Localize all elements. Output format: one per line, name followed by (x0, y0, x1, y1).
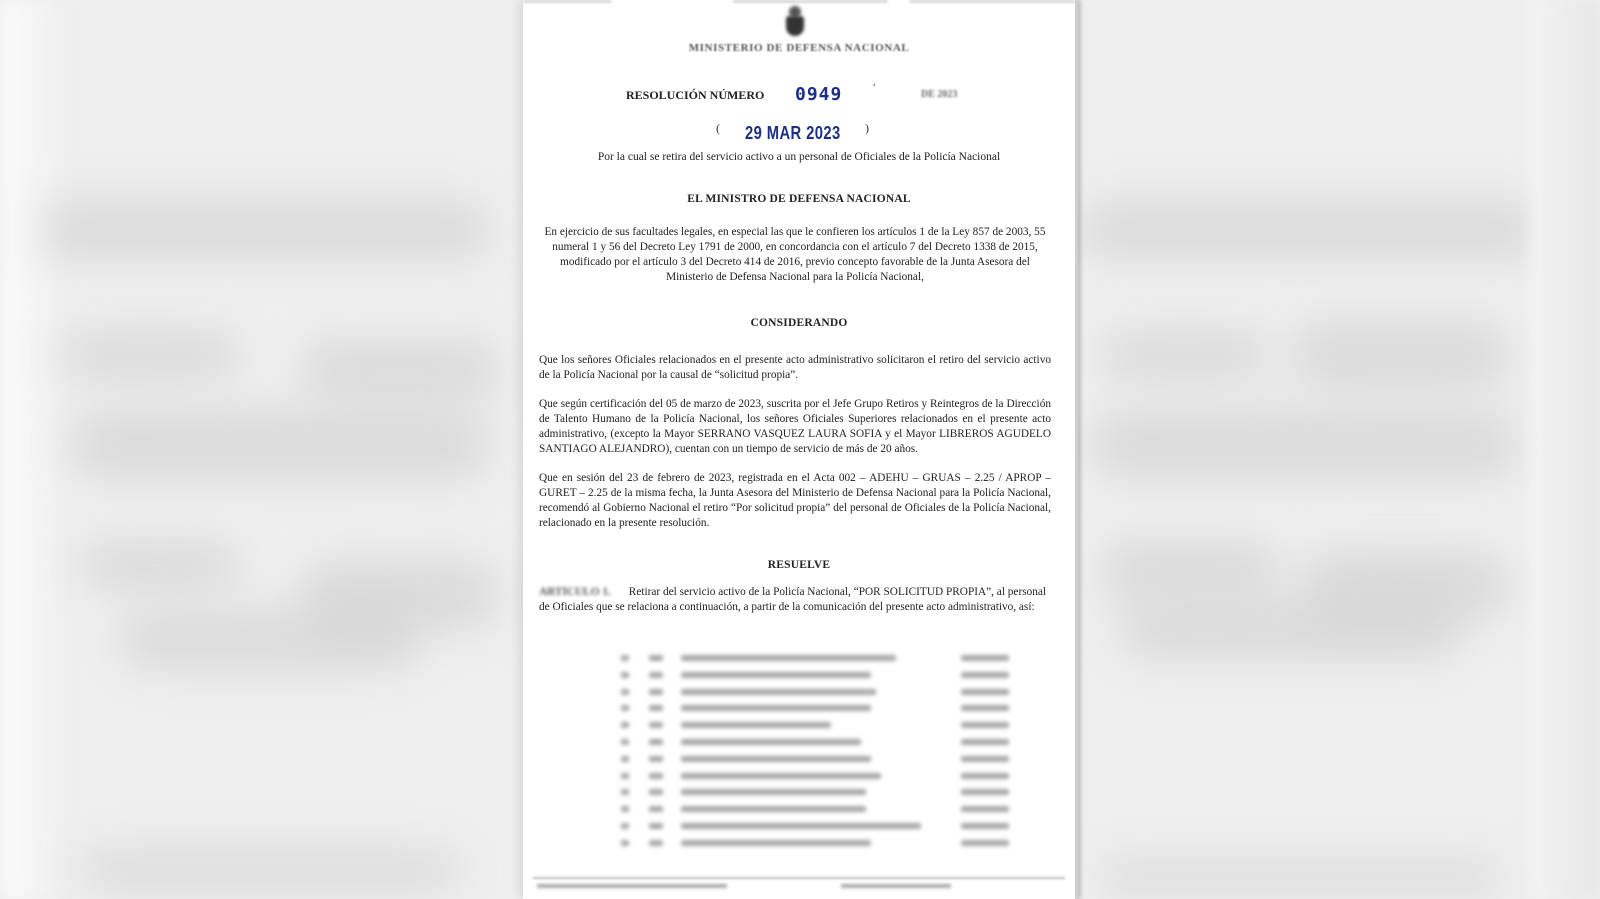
date-stamp: 29 MAR 2023 (745, 123, 841, 144)
row-id-redacted (961, 655, 1009, 661)
row-number (621, 655, 629, 661)
resolution-subject: Por la cual se retira del servicio activ… (523, 151, 1075, 163)
officer-list-row (619, 650, 1009, 667)
footer-text-left (537, 884, 727, 888)
page-top-edge (523, 0, 1075, 3)
row-name-redacted (681, 789, 866, 795)
officer-list-row (619, 768, 1009, 785)
resolution-number-stamp: 0949 (795, 84, 842, 105)
row-number (621, 806, 629, 812)
paren-close: ) (865, 121, 869, 136)
background-blur-block (80, 540, 240, 590)
resolution-number-row: RESOLUCIÓN NÚMERO 0949 ‘ DE 2023 (523, 88, 1075, 110)
row-rank (649, 823, 663, 829)
article-1: ARTÍCULO 1.Retirar del servicio activo d… (539, 585, 1051, 615)
row-id-redacted (961, 789, 1009, 795)
officer-list-row (619, 835, 1009, 852)
row-number (621, 773, 629, 779)
row-name-redacted (681, 705, 871, 711)
row-id-redacted (961, 722, 1009, 728)
page-footer (523, 871, 1075, 899)
row-id-redacted (961, 756, 1009, 762)
row-id-redacted (961, 823, 1009, 829)
footer-text-right (841, 884, 951, 888)
background-blur-block (1080, 200, 1540, 260)
background-blur-block (1100, 860, 1500, 895)
row-rank (649, 672, 663, 678)
row-number (621, 739, 629, 745)
ministry-header: MINISTERIO DE DEFENSA NACIONAL (523, 42, 1075, 54)
resolution-page: MINISTERIO DE DEFENSA NACIONAL RESOLUCIÓ… (523, 0, 1078, 899)
shield-icon (786, 16, 804, 36)
row-name-redacted (681, 840, 871, 846)
background-blur-block (80, 850, 460, 890)
background-blur-block (120, 610, 420, 670)
row-number (621, 823, 629, 829)
row-rank (649, 689, 663, 695)
resolution-label: RESOLUCIÓN NÚMERO (626, 88, 764, 103)
row-name-redacted (681, 689, 876, 695)
background-blur-block (1120, 600, 1460, 660)
background-blur-block (60, 330, 240, 380)
row-id-redacted (961, 672, 1009, 678)
row-id-redacted (961, 773, 1009, 779)
row-rank (649, 789, 663, 795)
officer-list-row (619, 667, 1009, 684)
authority-paragraph: En ejercicio de sus facultades legales, … (539, 225, 1051, 285)
resolution-date-row: ( 29 MAR 2023 ) (523, 121, 1075, 147)
row-name-redacted (681, 672, 871, 678)
row-rank (649, 739, 663, 745)
row-name-redacted (681, 722, 831, 728)
officer-list-row (619, 734, 1009, 751)
row-number (621, 756, 629, 762)
article-1-label: ARTÍCULO 1. (539, 586, 611, 598)
row-number (621, 705, 629, 711)
row-rank (649, 655, 663, 661)
resolution-year: DE 2023 (921, 89, 957, 100)
row-name-redacted (681, 773, 881, 779)
background-blur-block (1100, 540, 1280, 600)
background-blur-block (40, 200, 490, 260)
officer-list-row (619, 801, 1009, 818)
resolves-heading: RESUELVE (523, 559, 1075, 571)
officer-list (619, 650, 1009, 852)
article-1-text: Retirar del servicio activo de la Policí… (539, 586, 1046, 613)
officer-list-row (619, 684, 1009, 701)
row-id-redacted (961, 689, 1009, 695)
coat-of-arms-icon (780, 4, 810, 42)
officer-list-row (619, 818, 1009, 835)
background-blur-block (70, 410, 490, 480)
background-edge-left (0, 0, 60, 899)
authority-heading: EL MINISTRO DE DEFENSA NACIONAL (523, 193, 1075, 205)
row-id-redacted (961, 739, 1009, 745)
officer-list-row (619, 784, 1009, 801)
officer-list-row (619, 700, 1009, 717)
row-rank (649, 756, 663, 762)
row-name-redacted (681, 655, 896, 661)
row-number (621, 689, 629, 695)
paren-open: ( (716, 121, 720, 136)
officer-list-row (619, 717, 1009, 734)
row-rank (649, 806, 663, 812)
officer-list-row (619, 751, 1009, 768)
row-rank (649, 705, 663, 711)
row-name-redacted (681, 739, 861, 745)
considering-paragraph-1: Que los señores Oficiales relacionados e… (539, 353, 1051, 383)
row-rank (649, 722, 663, 728)
background-blur-block (300, 340, 500, 400)
row-number (621, 672, 629, 678)
considering-paragraph-3: Que en sesión del 23 de febrero de 2023,… (539, 471, 1051, 531)
row-name-redacted (681, 756, 871, 762)
row-name-redacted (681, 823, 921, 829)
row-rank (649, 840, 663, 846)
row-id-redacted (961, 840, 1009, 846)
considering-paragraph-2: Que según certificación del 05 de marzo … (539, 397, 1051, 457)
row-id-redacted (961, 806, 1009, 812)
row-number (621, 722, 629, 728)
background-blur-block (1090, 410, 1520, 480)
row-name-redacted (681, 806, 866, 812)
row-id-redacted (961, 705, 1009, 711)
row-number (621, 789, 629, 795)
background-blur-block (1100, 330, 1270, 380)
considering-heading: CONSIDERANDO (523, 317, 1075, 329)
background-edge-right (1530, 0, 1600, 899)
background-blur-block (1290, 320, 1510, 390)
row-rank (649, 773, 663, 779)
row-number (621, 840, 629, 846)
footer-divider (533, 877, 1065, 879)
stamp-mark: ‘ (873, 82, 875, 94)
